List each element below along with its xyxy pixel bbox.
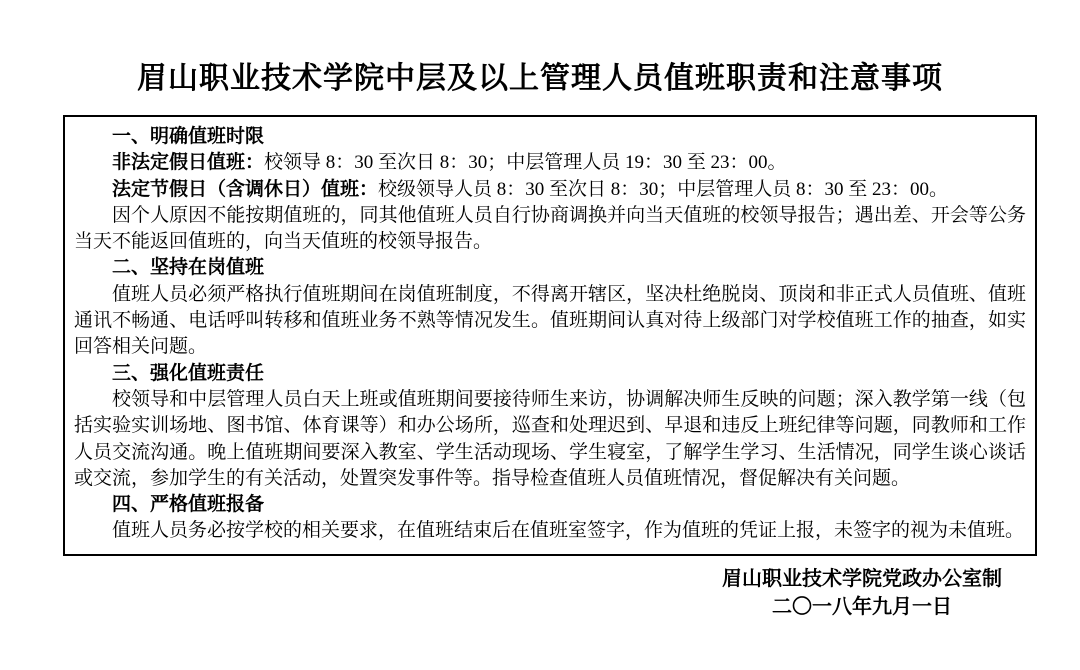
non-statutory-holiday-duty-label: 非法定假日值班： xyxy=(112,152,264,173)
page-title-main: 眉山职业技术学院中层及以上管理人员值班职责和 xyxy=(137,62,819,95)
statutory-holiday-duty-line: 法定节假日（含调休日）值班：校级领导人员 8：30 至次日 8：30；中层管理人… xyxy=(74,177,1026,203)
section-4-paragraph: 值班人员务必按学校的相关要求，在值班结束后在值班室签字，作为值班的凭证上报，未签… xyxy=(74,518,1026,544)
non-statutory-holiday-duty-line: 非法定假日值班：校领导 8：30 至次日 8：30；中层管理人员 19：30 至… xyxy=(74,150,1026,176)
statutory-holiday-duty-text: 校级领导人员 8：30 至次日 8：30；中层管理人员 8：30 至 23：00… xyxy=(378,179,948,200)
document-page: 眉山职业技术学院中层及以上管理人员值班职责和注意事项 一、明确值班时限 非法定假… xyxy=(0,0,1080,670)
signature-block: 眉山职业技术学院党政办公室制 二〇一八年九月一日 xyxy=(722,565,1002,621)
page-title-tail: 注意事项 xyxy=(819,62,943,95)
section-1-heading: 一、明确值班时限 xyxy=(74,124,1026,150)
section-1-paragraph: 因个人原因不能按期值班的，同其他值班人员自行协商调换并向当天值班的校领导报告；遇… xyxy=(74,203,1026,256)
issuer-line: 眉山职业技术学院党政办公室制 xyxy=(722,565,1002,593)
page-title: 眉山职业技术学院中层及以上管理人员值班职责和注意事项 xyxy=(0,0,1080,98)
section-2-paragraph: 值班人员必须严格执行值班期间在岗值班制度，不得离开辖区，坚决杜绝脱岗、顶岗和非正… xyxy=(74,282,1026,361)
section-3-paragraph: 校领导和中层管理人员白天上班或值班期间要接待师生来访，协调解决师生反映的问题；深… xyxy=(74,387,1026,492)
section-4-heading: 四、严格值班报备 xyxy=(74,492,1026,518)
statutory-holiday-duty-label: 法定节假日（含调休日）值班： xyxy=(112,179,378,200)
date-line: 二〇一八年九月一日 xyxy=(722,593,1002,621)
section-2-heading: 二、坚持在岗值班 xyxy=(74,255,1026,281)
duty-rules-box: 一、明确值班时限 非法定假日值班：校领导 8：30 至次日 8：30；中层管理人… xyxy=(63,115,1037,556)
non-statutory-holiday-duty-text: 校领导 8：30 至次日 8：30；中层管理人员 19：30 至 23：00。 xyxy=(264,152,787,173)
section-3-heading: 三、强化值班责任 xyxy=(74,361,1026,387)
